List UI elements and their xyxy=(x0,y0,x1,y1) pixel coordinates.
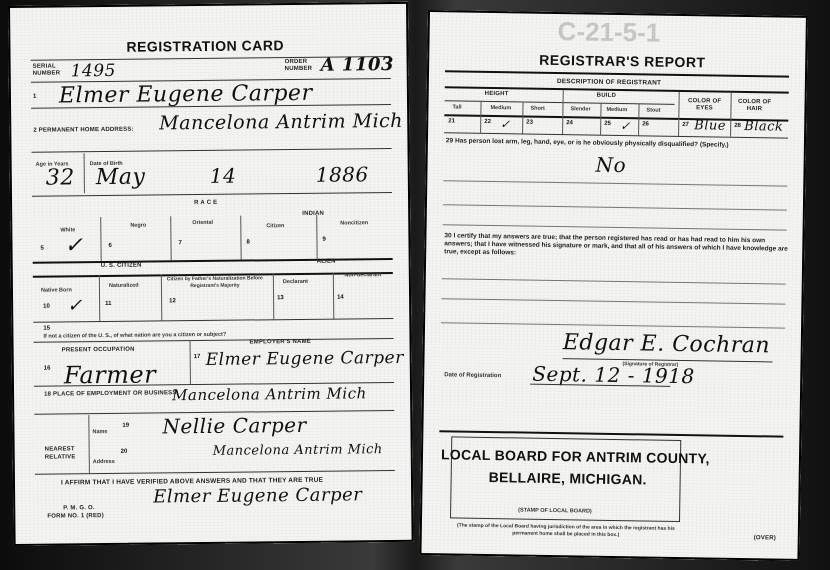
age-value: 32 xyxy=(46,165,75,190)
dob-day: 14 xyxy=(210,164,237,188)
line-number: 16 xyxy=(44,366,51,372)
race-col-oriental: Oriental xyxy=(192,220,213,226)
order-number: A 1103 xyxy=(321,54,395,76)
us-citizen-label: U. S. CITIZEN xyxy=(101,263,142,269)
answer-line xyxy=(443,204,787,210)
dob-month: May xyxy=(96,165,146,191)
alien-label: ALIEN xyxy=(317,259,336,265)
race-indian-label: Indian xyxy=(302,211,324,217)
over-label: (OVER) xyxy=(754,535,776,541)
stamp-caption: (STAMP OF LOCAL BOARD) xyxy=(518,507,592,514)
description-label: DESCRIPTION OF REGISTRANT xyxy=(557,78,661,87)
divider xyxy=(88,415,90,473)
build-label: BUILD xyxy=(597,93,616,99)
citizen-num-13: 13 xyxy=(277,295,284,301)
race-num-9: 9 xyxy=(322,237,325,243)
divider xyxy=(100,217,101,261)
race-num-7: 7 xyxy=(178,240,181,246)
registration-card: REGISTRATION CARD SERIAL NUMBER 1495 ORD… xyxy=(8,2,414,546)
registrars-report-card: C-21-5-1 REGISTRAR'S REPORT DESCRIPTION … xyxy=(419,10,808,561)
col-short: Short xyxy=(530,106,544,112)
registrars-report-title: REGISTRAR'S REPORT xyxy=(539,52,706,71)
divider xyxy=(316,215,317,259)
eyes-label: COLOR OF EYES xyxy=(684,98,724,113)
relative-name: Nellie Carper xyxy=(162,413,306,439)
citizen-col-nondeclarant: Non-declarant xyxy=(343,272,383,278)
col-stout: Stout xyxy=(646,107,660,113)
col-slender: Slender xyxy=(570,106,590,112)
answer-line xyxy=(442,278,786,284)
divider xyxy=(84,153,85,193)
citizen-num-11: 11 xyxy=(105,301,111,307)
col-build-medium: Medium xyxy=(606,107,627,113)
col-num-23: 23 xyxy=(526,120,533,126)
divider xyxy=(730,93,732,137)
question-29: 29 Has person lost arm, leg, hand, eye, … xyxy=(446,136,786,150)
citizen-col-by-father: Citizen by Father's Naturalization Befor… xyxy=(165,275,265,290)
question-30-certification: 30 I certify that my answers are true; t… xyxy=(444,232,789,261)
race-col-negro: Negro xyxy=(130,223,146,229)
race-num-5: 5 xyxy=(41,246,44,252)
race-col-noncitizen: Noncitizen xyxy=(340,220,368,226)
divider xyxy=(273,273,274,319)
answer-line xyxy=(443,180,787,186)
divider xyxy=(170,216,171,260)
relative-address: Mancelona Antrim Mich xyxy=(213,442,383,459)
divider xyxy=(161,274,162,320)
divider xyxy=(445,70,789,77)
divider xyxy=(333,273,334,319)
divider xyxy=(444,114,788,121)
ghost-header-number: C-21-5-1 xyxy=(557,16,660,49)
registration-date-label: Date of Registration xyxy=(444,372,501,379)
citizen-col-naturalized: Naturalized xyxy=(109,283,139,289)
citizen-num-12: 12 xyxy=(169,298,176,304)
col-num-27: 27 xyxy=(682,122,689,128)
answer-line xyxy=(441,298,785,304)
col-num-21: 21 xyxy=(448,118,455,124)
divider xyxy=(562,90,564,134)
answer-line xyxy=(443,224,787,230)
nearest-relative-label: NEAREST RELATIVE xyxy=(45,445,89,461)
employer-label: EMPLOYER'S NAME xyxy=(250,339,311,346)
registrar-signature: Edgar E. Cochran xyxy=(563,330,771,358)
stamp-line-2: BELLAIRE, MICHIGAN. xyxy=(489,469,647,487)
question-29-answer: No xyxy=(595,153,626,177)
serial-number: 1495 xyxy=(71,61,116,81)
race-num-8: 8 xyxy=(246,239,249,245)
divider xyxy=(678,92,680,136)
divider xyxy=(33,318,393,323)
race-num-6: 6 xyxy=(108,243,111,249)
col-num-26: 26 xyxy=(642,121,649,127)
line-number: 1 xyxy=(33,94,36,100)
nation-question: If not a citizen of the U. S., of what n… xyxy=(43,332,226,340)
stamp-instruction-note: (The stamp of the Local Board having jur… xyxy=(448,522,684,540)
divider xyxy=(240,216,241,260)
address-label: Address xyxy=(93,459,115,465)
build-medium-mark: ✓ xyxy=(620,119,631,133)
line-number: 20 xyxy=(121,449,128,455)
col-num-25: 25 xyxy=(604,121,611,127)
height-label: HEIGHT xyxy=(485,91,509,97)
col-height-medium: Medium xyxy=(490,105,511,111)
race-label: RACE xyxy=(194,200,219,206)
height-medium-mark: ✓ xyxy=(500,117,511,131)
name-label: Name xyxy=(92,429,107,435)
home-address: Mancelona Antrim Mich xyxy=(159,110,403,135)
divider xyxy=(99,275,100,321)
form-label-1: P. M. G. O. xyxy=(63,505,94,511)
employment-place-label: 18 PLACE OF EMPLOYMENT OR BUSINESS: xyxy=(44,390,179,397)
dob-year: 1886 xyxy=(316,162,369,187)
native-born-mark: ✓ xyxy=(67,295,83,316)
serial-label: SERIAL NUMBER xyxy=(33,63,63,77)
line-number: 15 xyxy=(43,326,50,332)
citizen-num-14: 14 xyxy=(337,295,344,301)
col-num-24: 24 xyxy=(566,120,573,126)
col-num-22: 22 xyxy=(484,119,491,125)
col-num-28: 28 xyxy=(734,123,741,129)
line-number: 17 xyxy=(194,354,201,360)
citizen-col-declarant: Declarant xyxy=(283,279,308,285)
hair-label: COLOR OF HAIR xyxy=(734,99,774,114)
divider xyxy=(190,340,191,384)
race-col-citizen: Citizen xyxy=(266,223,284,229)
divider xyxy=(32,192,392,197)
order-label: ORDER NUMBER xyxy=(285,59,315,73)
line-number: 19 xyxy=(122,423,129,429)
hair-color: Black xyxy=(744,119,783,135)
form-label-2: Form No. 1 (Red) xyxy=(47,513,104,520)
citizen-col-native: Native Born xyxy=(41,287,72,293)
eye-color: Blue xyxy=(694,118,726,133)
answer-line xyxy=(441,322,785,328)
citizen-num-10: 10 xyxy=(43,304,50,310)
employer-name: Elmer Eugene Carper xyxy=(206,348,404,370)
home-address-label: 2 PERMANENT HOME ADDRESS: xyxy=(33,127,134,134)
divider xyxy=(32,148,392,153)
occupation-label: PRESENT OCCUPATION xyxy=(62,347,135,354)
race-white-mark: ✓ xyxy=(64,233,83,258)
registration-card-title: REGISTRATION CARD xyxy=(126,37,284,55)
registrant-signature: Elmer Eugene Carper xyxy=(153,484,362,507)
divider xyxy=(445,100,675,105)
employment-place: Mancelona Antrim Mich xyxy=(172,384,367,404)
divider xyxy=(33,258,393,264)
col-tall: Tall xyxy=(452,104,461,110)
